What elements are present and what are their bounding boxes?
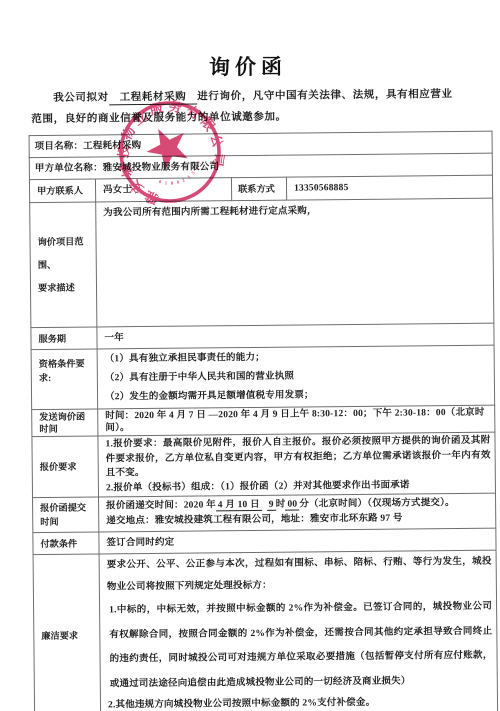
integrity-intro: 要求公开、公平、公正参与本次，过程如有围标、串标、陪标、行贿、等行为发生，城投物… [107,552,492,599]
project-name-blank: 工程耗材采购 [109,90,198,105]
inquiry-table: 项目名称：工程耗材采购 甲方单位名称：雅安城投物业服务有限公司 甲方联系人 冯女… [29,131,499,711]
qualification-line: （2）发生的金额均需开具足额增值税专用发票； [105,385,490,408]
qualification-content: （1）具有独立承担民事责任的能力； （2）具有注册于中华人民共和国的营业执照 （… [97,345,495,409]
integrity-content: 要求公开、公平、公正参与本次，过程如有围标、串标、陪标、行贿、等行为发生，城投物… [99,551,498,711]
intro-paragraph: 我公司拟对工程耗材采购进行询价，凡守中国有关法律、法规，具有相应营业 范围，良好… [31,84,465,130]
intro-line-1: 我公司拟对工程耗材采购进行询价，凡守中国有关法律、法规，具有相应营业 [31,84,465,109]
quote-req-label: 报价要求 [32,436,99,498]
submit-hour-underlined: 9 [267,500,276,511]
intro-pre: 我公司拟对 [53,92,109,104]
send-time-content: 时间：2020 年 4 月 7 日 —2020 年 4 月 9 日上午 8:30… [98,405,495,436]
scope-label-line1: 询价项目范围、 [37,230,91,277]
integrity-item2: 2.其他违规方向城投物业公司按照中标金额的 2%支付补偿金。 [108,693,493,711]
submit-hour-suffix: 时 [276,500,286,510]
scanned-document: 询价函 我公司拟对工程耗材采购进行询价，凡守中国有关法律、法规，具有相应营业 范… [0,0,500,711]
submit-post: 分（北京时间）（仅现场方式提交）。 [299,498,454,509]
quote-req-item2: 2.报价单（投标书）组成：（1）报价函（2）并对其他要求作出书面承诺 [106,477,491,495]
submit-time-line2: 递交地点：雅安城投建筑工程有限公司，地址：雅安市北环东路 97 号 [106,511,491,530]
submit-pre: 报价函递交时间：2020 年 [106,500,216,511]
quote-req-item1: 1.报价要求：最高限价见附件，报价人自主报价。报价必须按照甲方提供的询价函及其附… [105,434,490,481]
table-row-submit-time: 报价函提交时间 报价函递交时间：2020 年4 月 10 日9时00分（北京时间… [33,494,496,533]
table-row-quote-requirements: 报价要求 1.报价要求：最高限价见附件，报价人自主报价。报价必须按照甲方提供的询… [32,432,496,498]
page-title: 询价函 [0,0,498,82]
quote-req-content: 1.报价要求：最高限价见附件，报价人自主报价。报价必须按照甲方提供的询价函及其附… [98,432,496,497]
integrity-label: 廉洁要求 [33,554,101,711]
integrity-item1: 1.中标的，中标无效，并按照中标金额的 2%作为补偿金。已签订合同的，城投物业公… [107,595,493,697]
table-row-scope: 询价项目范围、 要求描述 为我公司所有范围内所需工程耗材进行定点采购， [30,198,494,327]
submit-time-content: 报价函递交时间：2020 年4 月 10 日9时00分（北京时间）（仅现场方式提… [99,494,496,533]
payment-label: 付款条件 [33,532,99,555]
contact-name: 冯女士 [95,178,231,202]
contact-phone: 13350568885 [286,175,492,200]
submit-time-label: 报价函提交时间 [33,497,99,533]
intro-line-2: 范围，良好的商业信誉及服务能力的单位诚邀参加。 [31,105,465,130]
intro-post: 进行询价，凡守中国有关法律、法规，具有相应营业 [197,89,452,102]
scope-label: 询价项目范围、 要求描述 [30,202,97,328]
qualification-label: 资格条件要求: [31,349,98,410]
submit-minute-underlined: 00 [285,499,299,510]
service-period-label: 服务期 [31,327,97,350]
table-row-integrity: 廉洁要求 要求公开、公平、公正参与本次，过程如有围标、串标、陪标、行贿、等行为发… [33,551,498,711]
table-row-qualification: 资格条件要求: （1）具有独立承担民事责任的能力； （2）具有注册于中华人民共和… [31,345,495,409]
scope-label-line2: 要求描述 [38,276,92,300]
scope-content: 为我公司所有范围内所需工程耗材进行定点采购， [96,198,494,327]
submit-date-underlined: 4 月 10 日 [216,500,262,511]
send-time-label: 发送询价函时间 [32,409,98,437]
contact-method-label: 联系方式 [231,177,286,201]
document-sheet: 询价函 我公司拟对工程耗材采购进行询价，凡守中国有关法律、法规，具有相应营业 范… [0,0,500,711]
contact-label: 甲方联系人 [29,179,95,203]
